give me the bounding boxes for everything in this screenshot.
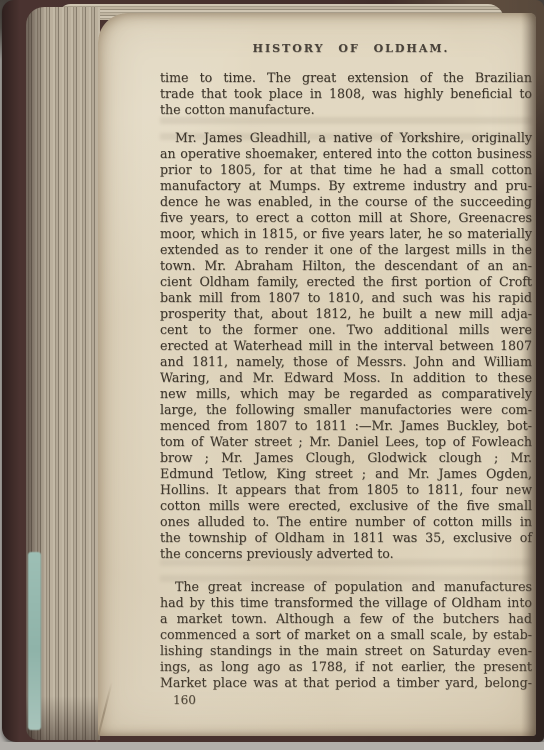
paragraph-market-town: The great increase of population and man… bbox=[160, 579, 532, 691]
text-line: Hollins. It appears that from 1805 to 18… bbox=[160, 482, 532, 498]
text-line: an operative shoemaker, entered into the… bbox=[160, 146, 532, 162]
text-line: cotton mills were erected, exclusive of … bbox=[160, 498, 532, 514]
text-line: had by this time transformed the village… bbox=[160, 595, 532, 611]
text-line: extended as to render it one of the larg… bbox=[160, 242, 532, 258]
text-line: Market place was at that period a timber… bbox=[160, 675, 532, 691]
text-line: prior to 1805, for at that time he had a… bbox=[160, 162, 532, 178]
text-line: Waring, and Mr. Edward Moss. In addition… bbox=[160, 370, 532, 386]
text-line: brow ; Mr. James Clough, Glodwick clough… bbox=[160, 450, 532, 466]
text-line: the cotton manufacture. bbox=[160, 102, 532, 118]
book-page: HISTORY OF OLDHAM. time to time. The gre… bbox=[98, 13, 536, 736]
text-line: trade that took place in 1808, was highl… bbox=[160, 86, 532, 102]
text-line: the township of Oldham in 1811 was 35, e… bbox=[160, 530, 532, 546]
text-line: dence he was enabled, in the course of t… bbox=[160, 194, 532, 210]
page-crease bbox=[95, 682, 112, 745]
text-line: and 1811, namely, those of Messrs. John … bbox=[160, 354, 532, 370]
text-line: large, the following smaller manufactori… bbox=[160, 402, 532, 418]
printed-text-block: HISTORY OF OLDHAM. time to time. The gre… bbox=[160, 13, 532, 707]
table-surface bbox=[0, 742, 544, 750]
text-line: cent to the former one. Two additional m… bbox=[160, 322, 532, 338]
text-line: tom of Water street ; Mr. Daniel Lees, t… bbox=[160, 434, 532, 450]
text-line: the concerns previously adverted to. bbox=[160, 546, 532, 562]
text-line: cient Oldham family, erected the first p… bbox=[160, 274, 532, 290]
text-line: Edmund Tetlow, King street ; and Mr. Jam… bbox=[160, 466, 532, 482]
text-line: new mills, which may be regarded as comp… bbox=[160, 386, 532, 402]
page-number: 160 bbox=[160, 693, 532, 707]
text-line: prosperity that, about 1812, he built a … bbox=[160, 306, 532, 322]
text-line: ings, as long ago as 1788, if not earlie… bbox=[160, 659, 532, 675]
text-line: manufactory at Mumps. By extreme industr… bbox=[160, 178, 532, 194]
paragraph-mills: Mr. James Gleadhill, a native of Yorkshi… bbox=[160, 130, 532, 562]
text-line: bank mill from 1807 to 1810, and such wa… bbox=[160, 290, 532, 306]
text-line: town. Mr. Abraham Hilton, the descendant… bbox=[160, 258, 532, 274]
text-line: erected at Waterhead mill in the interva… bbox=[160, 338, 532, 354]
paragraph-continuation: time to time. The great extension of the… bbox=[160, 70, 532, 118]
scanned-book-photo: HISTORY OF OLDHAM. time to time. The gre… bbox=[0, 0, 544, 750]
text-line: five years, to erect a cotton mill at Sh… bbox=[160, 210, 532, 226]
text-line: menced from 1807 to 1811 :—Mr. James Buc… bbox=[160, 418, 532, 434]
text-line: lishing standings in the main street on … bbox=[160, 643, 532, 659]
text-line: Mr. James Gleadhill, a native of Yorkshi… bbox=[160, 130, 532, 146]
text-line: commenced a sort of market on a small sc… bbox=[160, 627, 532, 643]
text-line: ones alluded to. The entire number of co… bbox=[160, 514, 532, 530]
text-line: The great increase of population and man… bbox=[160, 579, 532, 595]
endpaper-teal bbox=[28, 552, 41, 730]
text-line: a market town. Although a few of the but… bbox=[160, 611, 532, 627]
text-line: moor, which in 1815, or five years later… bbox=[160, 226, 532, 242]
text-line: time to time. The great extension of the… bbox=[160, 70, 532, 86]
running-header: HISTORY OF OLDHAM. bbox=[165, 42, 537, 56]
